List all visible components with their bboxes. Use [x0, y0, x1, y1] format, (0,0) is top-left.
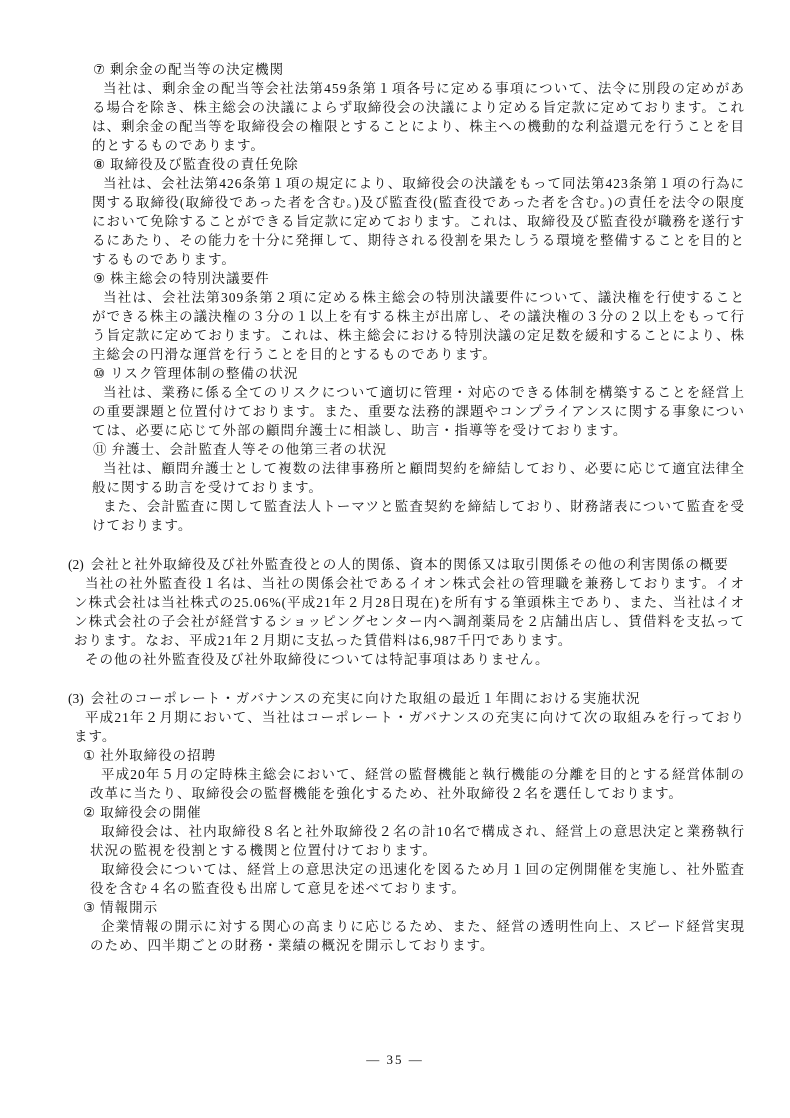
- section-item-11: ⑪弁護士、会計監査人等その他第三者の状況 当社は、顧問弁護士として複数の法律事務…: [0, 440, 790, 535]
- item-body: 当社は、剰余金の配当等会社法第459条第１項各号に定める事項について、法令に別段…: [0, 79, 790, 155]
- sub-item-body: 平成20年５月の定時株主総会において、経営の監督機能と執行機能の分離を目的とする…: [0, 765, 790, 803]
- paragraph: 当社の社外監査役１名は、当社の関係会社であるイオン株式会社の管理職を兼務しており…: [74, 574, 745, 650]
- item-title: 弁護士、会計監査人等その他第三者の状況: [112, 442, 388, 457]
- section-heading: (2)会社と社外取締役及び社外監査役との人的関係、資本的関係又は取引関係その他の…: [68, 555, 745, 574]
- item-marker: ⑪: [93, 442, 108, 457]
- paragraph: 平成21年２月期において、当社はコーポレート・ガバナンスの充実に向けて次の取組み…: [74, 708, 745, 746]
- sub-item-3: ③情報開示 企業情報の開示に対する関心の高まりに応じるため、また、経営の透明性向…: [0, 898, 790, 955]
- item-body: 当社は、業務に係る全てのリスクについて適切に管理・対応のできる体制を構築すること…: [0, 383, 790, 440]
- paragraph: その他の社外監査役及び社外取締役については特記事項はありません。: [74, 650, 745, 669]
- sub-item-body: 取締役会は、社内取締役８名と社外取締役２名の計10名で構成され、経営上の意思決定…: [0, 822, 790, 898]
- sub-item-title: 社外取締役の招聘: [100, 748, 216, 763]
- paragraph: 当社は、顧問弁護士として複数の法律事務所と顧問契約を締結しており、必要に応じて適…: [92, 459, 745, 497]
- paragraph: 取締役会については、経営上の意思決定の迅速化を図るため月１回の定例開催を実施し、…: [90, 860, 745, 898]
- item-body: 当社は、会社法第426条第１項の規定により、取締役会の決議をもって同法第423条…: [0, 174, 790, 269]
- item-title: リスク管理体制の整備の状況: [110, 366, 298, 381]
- item-heading: ⑪弁護士、会計監査人等その他第三者の状況: [93, 440, 745, 459]
- item-heading: ⑦剰余金の配当等の決定機関: [93, 60, 745, 79]
- sub-item-heading: ②取締役会の開催: [83, 803, 745, 822]
- item-marker: ⑨: [93, 271, 106, 286]
- document-page: ⑦剰余金の配当等の決定機関 当社は、剰余金の配当等会社法第459条第１項各号に定…: [0, 60, 790, 955]
- item-heading: ⑩リスク管理体制の整備の状況: [93, 364, 745, 383]
- section-marker: (3): [68, 691, 84, 706]
- item-title: 株主総会の特別決議要件: [110, 271, 270, 286]
- section-title: 会社と社外取締役及び社外監査役との人的関係、資本的関係又は取引関係その他の利害関…: [91, 557, 729, 572]
- section-item-10: ⑩リスク管理体制の整備の状況 当社は、業務に係る全てのリスクについて適切に管理・…: [0, 364, 790, 440]
- section-heading: (3)会社のコーポレート・ガバナンスの充実に向けた取組の最近１年間における実施状…: [68, 689, 745, 708]
- item-heading: ⑧取締役及び監査役の責任免除: [93, 155, 745, 174]
- sub-item-marker: ②: [83, 805, 96, 820]
- section-title: 会社のコーポレート・ガバナンスの充実に向けた取組の最近１年間における実施状況: [91, 691, 641, 706]
- section-3: (3)会社のコーポレート・ガバナンスの充実に向けた取組の最近１年間における実施状…: [0, 689, 790, 955]
- paragraph: 企業情報の開示に対する関心の高まりに応じるため、また、経営の透明性向上、スピード…: [90, 917, 745, 955]
- paragraph: 平成20年５月の定時株主総会において、経営の監督機能と執行機能の分離を目的とする…: [90, 765, 745, 803]
- item-marker: ⑧: [93, 157, 106, 172]
- item-title: 剰余金の配当等の決定機関: [110, 62, 284, 77]
- sub-item-heading: ①社外取締役の招聘: [83, 746, 745, 765]
- item-body: 当社は、顧問弁護士として複数の法律事務所と顧問契約を締結しており、必要に応じて適…: [0, 459, 790, 535]
- sub-item-body: 企業情報の開示に対する関心の高まりに応じるため、また、経営の透明性向上、スピード…: [0, 917, 790, 955]
- item-heading: ⑨株主総会の特別決議要件: [93, 269, 745, 288]
- sub-item-marker: ①: [83, 748, 96, 763]
- footer-page-number: — 35 —: [0, 1050, 790, 1069]
- paragraph: 当社は、剰余金の配当等会社法第459条第１項各号に定める事項について、法令に別段…: [92, 79, 745, 155]
- paragraph: 当社は、業務に係る全てのリスクについて適切に管理・対応のできる体制を構築すること…: [92, 383, 745, 440]
- paragraph: 当社は、会社法第309条第２項に定める株主総会の特別決議要件について、議決権を行…: [92, 288, 745, 364]
- paragraph: 当社は、会社法第426条第１項の規定により、取締役会の決議をもって同法第423条…: [92, 174, 745, 269]
- section-body: 当社の社外監査役１名は、当社の関係会社であるイオン株式会社の管理職を兼務しており…: [0, 574, 790, 669]
- section-marker: (2): [68, 557, 84, 572]
- section-intro: 平成21年２月期において、当社はコーポレート・ガバナンスの充実に向けて次の取組み…: [0, 708, 790, 746]
- section-2: (2)会社と社外取締役及び社外監査役との人的関係、資本的関係又は取引関係その他の…: [0, 555, 790, 669]
- sub-item-1: ①社外取締役の招聘 平成20年５月の定時株主総会において、経営の監督機能と執行機…: [0, 746, 790, 803]
- section-item-9: ⑨株主総会の特別決議要件 当社は、会社法第309条第２項に定める株主総会の特別決…: [0, 269, 790, 364]
- paragraph: 取締役会は、社内取締役８名と社外取締役２名の計10名で構成され、経営上の意思決定…: [90, 822, 745, 860]
- item-title: 取締役及び監査役の責任免除: [110, 157, 299, 172]
- section-item-8: ⑧取締役及び監査役の責任免除 当社は、会社法第426条第１項の規定により、取締役…: [0, 155, 790, 269]
- sub-item-marker: ③: [83, 900, 96, 915]
- sub-item-title: 取締役会の開催: [100, 805, 202, 820]
- item-marker: ⑦: [93, 62, 106, 77]
- sub-item-heading: ③情報開示: [83, 898, 745, 917]
- paragraph: また、会計監査に関して監査法人トーマツと監査契約を締結しており、財務諸表について…: [92, 497, 745, 535]
- sub-item-title: 情報開示: [100, 900, 158, 915]
- sub-item-2: ②取締役会の開催 取締役会は、社内取締役８名と社外取締役２名の計10名で構成され…: [0, 803, 790, 898]
- section-item-7: ⑦剰余金の配当等の決定機関 当社は、剰余金の配当等会社法第459条第１項各号に定…: [0, 60, 790, 155]
- item-marker: ⑩: [93, 366, 106, 381]
- item-body: 当社は、会社法第309条第２項に定める株主総会の特別決議要件について、議決権を行…: [0, 288, 790, 364]
